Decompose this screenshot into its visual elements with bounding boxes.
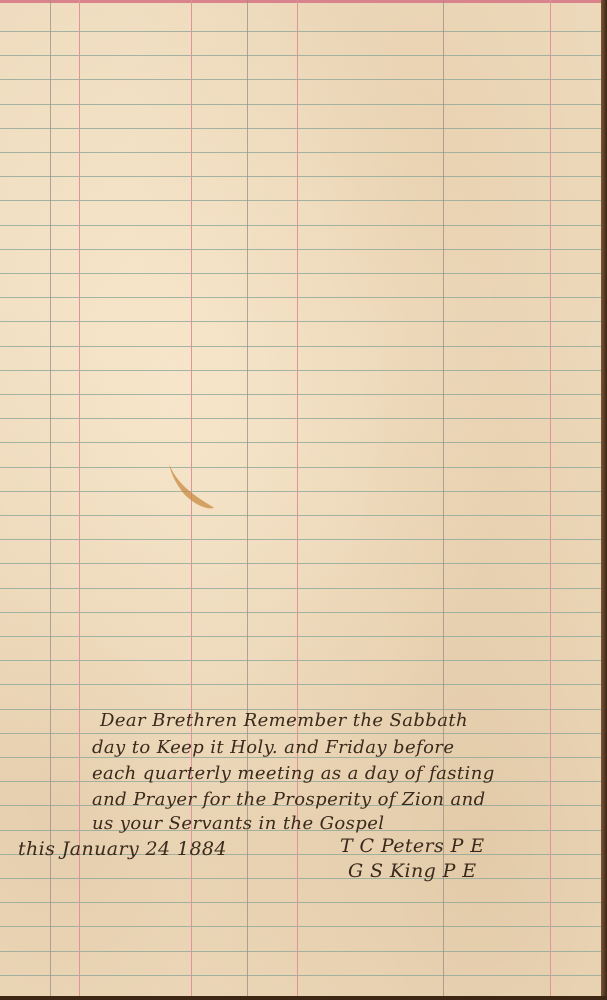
handwritten-letter: Dear Brethren Remember the Sabbath day t… xyxy=(0,0,601,996)
letter-line: and Prayer for the Prosperity of Zion an… xyxy=(92,789,486,810)
book-edge xyxy=(601,0,607,1000)
signature: T C Peters P E xyxy=(340,835,485,857)
signature: G S King P E xyxy=(348,860,476,882)
letter-line: Dear Brethren Remember the Sabbath xyxy=(100,710,468,731)
letter-line: us your Servants in the Gospel xyxy=(92,813,384,834)
ledger-page: Dear Brethren Remember the Sabbath day t… xyxy=(0,0,601,996)
letter-line: day to Keep it Holy. and Friday before xyxy=(92,737,454,758)
book-edge-bottom xyxy=(0,996,607,1000)
letter-date: this January 24 1884 xyxy=(18,838,227,860)
letter-line: each quarterly meeting as a day of fasti… xyxy=(92,763,495,784)
